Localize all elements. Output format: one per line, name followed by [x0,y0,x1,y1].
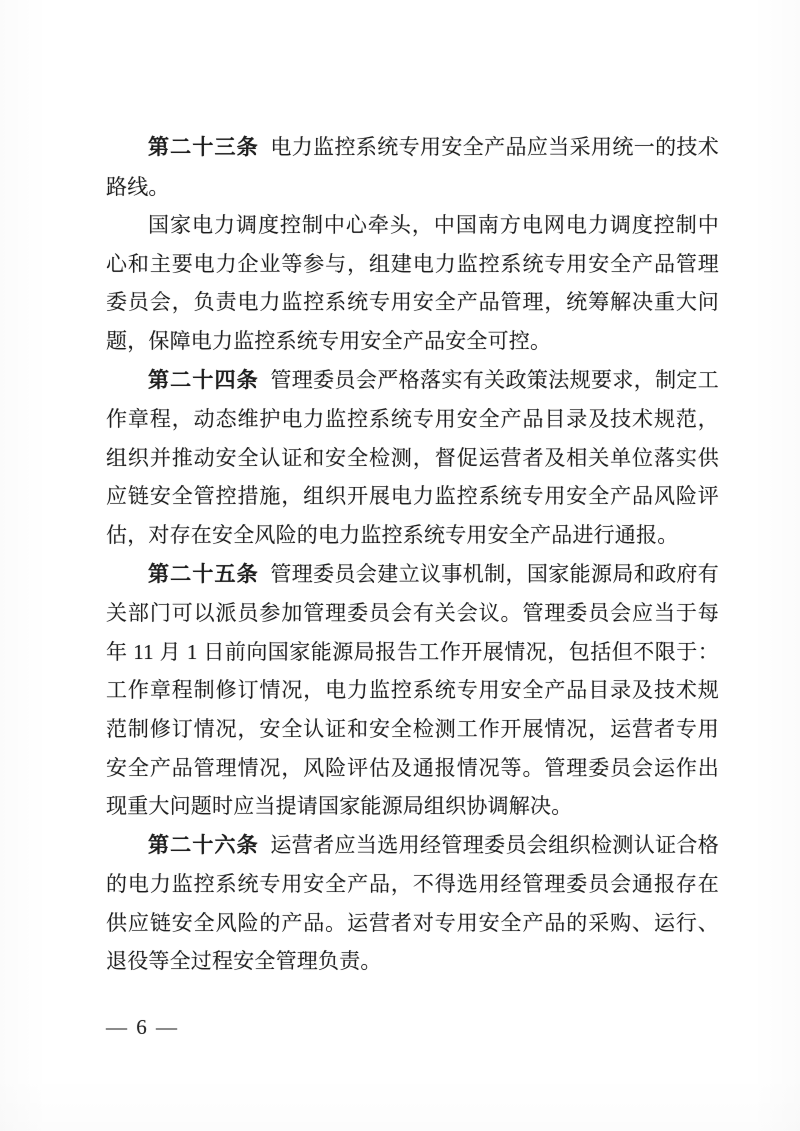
article-26-number: 第二十六条 [148,834,259,857]
article-25-number: 第二十五条 [148,563,259,586]
paragraph-article-23: 第二十三条电力监控系统专用安全产品应当采用统一的技术路线。 [106,128,719,206]
document-page: 第二十三条电力监控系统专用安全产品应当采用统一的技术路线。 国家电力调度控制中心… [0,0,800,1131]
paragraph-article-24: 第二十四条管理委员会严格落实有关政策法规要求，制定工作章程，动态维护电力监控系统… [106,361,719,555]
page-footer: — 6 — [106,1015,179,1040]
article-25-text: 管理委员会建立议事机制，国家能源局和政府有关部门可以派员参加管理委员会有关会议。… [106,562,719,819]
committee-formation-text: 国家电力调度控制中心牵头，中国南方电网电力调度控制中心和主要电力企业等参与，组建… [106,213,719,353]
article-24-number: 第二十四条 [148,369,259,392]
page-number: — 6 — [106,1015,179,1039]
article-24-text: 管理委员会严格落实有关政策法规要求，制定工作章程，动态维护电力监控系统专用安全产… [106,368,719,547]
paragraph-committee-formation: 国家电力调度控制中心牵头，中国南方电网电力调度控制中心和主要电力企业等参与，组建… [106,206,719,360]
paragraph-article-25: 第二十五条管理委员会建立议事机制，国家能源局和政府有关部门可以派员参加管理委员会… [106,555,719,826]
paragraph-article-26: 第二十六条运营者应当选用经管理委员会组织检测认证合格的电力监控系统专用安全产品，… [106,826,719,981]
article-23-number: 第二十三条 [148,136,259,159]
document-body: 第二十三条电力监控系统专用安全产品应当采用统一的技术路线。 国家电力调度控制中心… [106,128,719,981]
